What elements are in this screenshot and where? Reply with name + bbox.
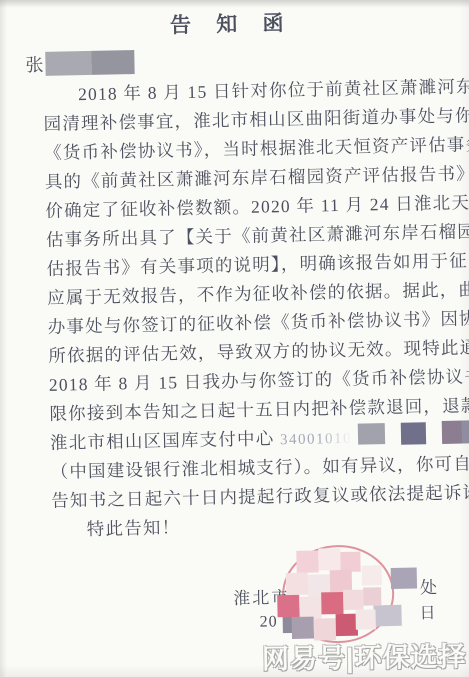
- body-paragraph: 2018 年 8 月 15 日针对你位于前黄社区萧濉河东岸石榴园清理补偿事宜，淮…: [43, 72, 469, 515]
- signature-org-redaction-box: [391, 567, 417, 589]
- body-line-text: 办事处与你签订的征收补偿《货币补偿协议书》因协议内容: [48, 307, 469, 337]
- seal-mosaic-cell: [355, 609, 375, 629]
- body-line-text: 2018 年 8 月 15 日我办与你签订的《货币补偿协议书》无效，: [49, 365, 469, 395]
- seal-mosaic-cell: [318, 548, 340, 570]
- body-line-text: 价确定了征收补偿数额。2020 年 11 月 24 日淮北天恒资产评: [45, 191, 469, 221]
- seal-mosaic-cell: [296, 550, 318, 572]
- seal-mosaic-cell: [362, 565, 382, 585]
- document-content: 告 知 函 张 2018 年 8 月 15 日针对你位于前黄社区萧濉河东岸石榴园…: [0, 0, 469, 677]
- body-line-text: 所依据的评估无效，导致双方的协议无效。现特此通知你：: [48, 336, 469, 366]
- account-redaction-box: [358, 424, 385, 446]
- seal-mosaic-cell: [286, 573, 308, 595]
- body-line-text: 估报告书》有关事项的说明】，明确该报告如用于征收补偿，: [46, 249, 469, 279]
- netease-watermark: 网易号|环保选择: [262, 635, 467, 677]
- seal-mosaic-cell: [292, 617, 314, 639]
- body-line-text: （中国建设银行淮北相城支行）。如有异议，你可自接到本: [50, 452, 469, 482]
- scanned-notice-page: 告 知 函 张 2018 年 8 月 15 日针对你位于前黄社区萧濉河东岸石榴园…: [0, 0, 469, 677]
- body-line-text: 告知书之日起六十日内提起行政复议或依法提起诉讼。: [51, 482, 469, 511]
- body-line-text: 应属于无效报告，不作为征收补偿的依据。据此，曲阳街道: [47, 278, 469, 308]
- recipient-line: 张: [25, 42, 463, 77]
- signature-date-suffix: 日: [419, 600, 436, 623]
- account-number-partial: 34001010: [280, 431, 352, 448]
- body-line-text: 估事务所出具了【关于《前黄社区萧濉河东岸石榴园资产评: [46, 220, 469, 250]
- seal-mosaic-cell: [299, 596, 321, 618]
- body-line-text: 2018 年 8 月 15 日针对你位于前黄社区萧濉河东岸石榴: [78, 75, 469, 104]
- account-redaction-box: [442, 421, 469, 445]
- recipient-name-prefix: 张: [25, 51, 44, 77]
- body-line-text: 园清理补偿事宜，淮北市相山区曲阳街道办事处与你签订了: [43, 104, 469, 134]
- document-title: 告 知 函: [0, 0, 463, 43]
- body-line-text: 具的《前黄社区萧濉河东岸石榴园资产评估报告书》的评估: [45, 162, 469, 192]
- body-line-text: 限你接到本告知之日起十五日内把补偿款退回，退款账户：: [49, 394, 469, 424]
- seal-mosaic-cell: [363, 587, 381, 605]
- seal-mosaic-cell: [343, 590, 363, 610]
- account-redaction-box: [401, 422, 426, 444]
- signature-date-prefix: 20: [260, 613, 278, 631]
- date-redaction-box-right: [373, 605, 401, 627]
- body-line-text: 《货币补偿协议书》，当时根据淮北天恒资产评估事务所出: [44, 133, 469, 163]
- signature-org-suffix: 处: [420, 573, 439, 598]
- name-redaction-box: [45, 50, 134, 76]
- seal-mosaic-cell: [321, 592, 343, 614]
- body-line-text: 淮北市相山区国库支付中心: [50, 428, 280, 453]
- seal-mosaic-cell: [277, 595, 299, 617]
